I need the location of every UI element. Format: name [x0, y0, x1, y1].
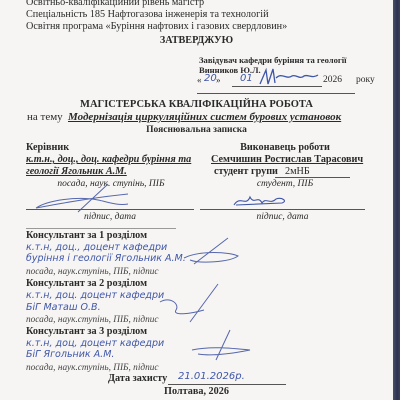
- author-sign-line: [200, 209, 365, 210]
- topic: Модернізація циркуляційних систем бурови…: [68, 111, 341, 123]
- consultant-2-label: Консультант за 2 розділом: [26, 278, 147, 290]
- defense-date-line: [168, 384, 286, 385]
- divider: [26, 228, 176, 229]
- qualification-level: Освітньо-кваліфікаційний рівень магістр: [26, 0, 204, 9]
- consultant-1-label: Консультант за 1 розділом: [26, 230, 147, 242]
- supervisor-line2: геології Ягольник А.М.: [26, 166, 127, 178]
- consultant-3-signature: [190, 328, 260, 362]
- consultant-3-name: БіГ Ягольник А.М.: [26, 349, 114, 360]
- consultant-1-name: буріння і геології Ягольник А.М.: [26, 253, 186, 264]
- author-label: Виконавець роботи: [205, 142, 365, 154]
- supervisor-sign-caption: підпис, дата: [26, 211, 194, 223]
- supervisor-sign-line: [26, 209, 194, 210]
- program: Освітня програма «Буріння нафтових і газ…: [26, 21, 287, 33]
- author-caption: студент, ПІБ: [205, 178, 365, 190]
- head-signature: [258, 66, 324, 88]
- author-name: Семчишин Ростислав Тарасович: [211, 154, 363, 166]
- date-close-quote: »: [216, 74, 221, 86]
- consultant-3-position: к.т.н, доц, доцент кафедри: [26, 338, 164, 349]
- approval-month: 01: [240, 73, 253, 84]
- approval-signature-line: [197, 93, 355, 94]
- topic-prefix: на тему: [27, 111, 63, 123]
- supervisor-line1: к.т.н., доц., доц. кафедри буріння та: [26, 154, 191, 166]
- approval-year: 2026: [323, 74, 342, 86]
- date-open-quote: «: [197, 74, 202, 86]
- consultant-2-name: БіГ Маташ О.В.: [26, 302, 101, 313]
- approve-heading: ЗАТВЕРДЖУЮ: [0, 35, 393, 47]
- consultant-1-caption: посада, наук.ступінь, ПІБ, підпис: [26, 266, 159, 278]
- consultant-3-label: Консультант за 3 розділом: [26, 326, 147, 338]
- document-page: Освітньо-кваліфікаційний рівень магістр …: [0, 0, 393, 400]
- supervisor-label: Керівник: [26, 142, 69, 154]
- work-title: МАГІСТЕРСЬКА КВАЛІФІКАЦІЙНА РОБОТА: [0, 99, 393, 111]
- page-edge: [393, 0, 400, 400]
- consultant-1-signature: [180, 236, 240, 266]
- consultant-2-caption: посада, наук.ступінь, ПІБ, підпис: [26, 314, 159, 326]
- defense-date: 21.01.2026р.: [178, 371, 245, 382]
- consultant-2-position: к.т.н, доц. доцент кафедри: [26, 290, 164, 301]
- place-year: Полтава, 2026: [0, 386, 393, 398]
- group-label: студент групи: [214, 166, 278, 178]
- approval-year-word: року: [356, 74, 375, 86]
- consultant-1-position: к.т.н, доц., доцент кафедри: [26, 242, 167, 253]
- explanatory-note: Пояснювальна записка: [0, 124, 393, 136]
- defense-label: Дата захисту: [108, 373, 167, 385]
- approval-day: 20: [204, 73, 217, 84]
- author-sign-caption: підпис, дата: [200, 211, 365, 223]
- author-signature: [232, 193, 292, 209]
- specialty: Спеціальність 185 Нафтогазова інженерія …: [26, 9, 269, 21]
- consultant-2-signature: [150, 282, 220, 324]
